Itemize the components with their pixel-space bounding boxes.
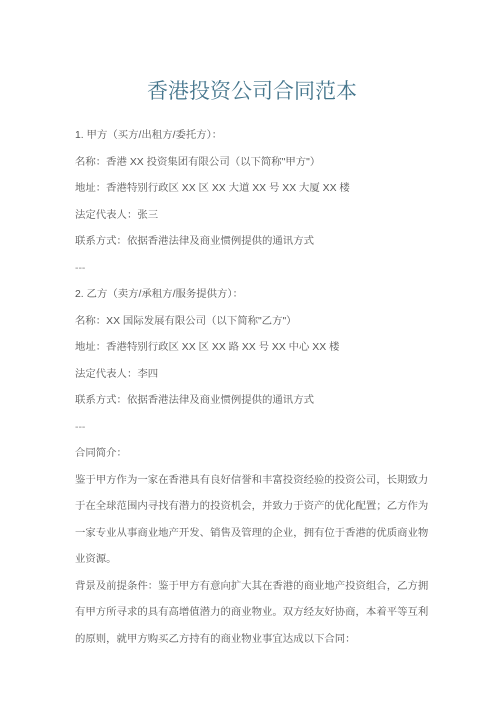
party-b-address: 地址：香港特别行政区 XX 区 XX 路 XX 号 XX 中心 XX 楼 — [75, 335, 429, 362]
party-b-heading: 2. 乙方（卖方/承租方/服务提供方）： — [75, 282, 429, 309]
party-a-contact: 联系方式：依据香港法律及商业惯例提供的通讯方式 — [75, 229, 429, 256]
party-a-address: 地址：香港特别行政区 XX 区 XX 大道 XX 号 XX 大厦 XX 楼 — [75, 176, 429, 203]
party-a-name: 名称：香港 XX 投资集团有限公司（以下简称"甲方"） — [75, 150, 429, 177]
contract-intro-heading: 合同简介： — [75, 441, 429, 468]
party-a-legal-representative: 法定代表人：张三 — [75, 203, 429, 230]
section-separator-dashes: --- — [75, 256, 429, 283]
section-separator-dashes: --- — [75, 415, 429, 442]
contract-document-page: 香港投资公司合同范本 1. 甲方（买方/出租方/委托方）： 名称：香港 XX 投… — [0, 0, 500, 707]
party-b-contact: 联系方式：依据香港法律及商业惯例提供的通讯方式 — [75, 388, 429, 415]
party-a-heading: 1. 甲方（买方/出租方/委托方）： — [75, 123, 429, 150]
party-b-name: 名称：XX 国际发展有限公司（以下简称"乙方"） — [75, 309, 429, 336]
document-title: 香港投资公司合同范本 — [75, 76, 429, 107]
background-conditions-paragraph: 背景及前提条件：鉴于甲方有意向扩大其在香港的商业地产投资组合，乙方拥有甲方所寻求… — [75, 574, 429, 654]
contract-intro-paragraph: 鉴于甲方作为一家在香港具有良好信誉和丰富投资经验的投资公司，长期致力于在全球范围… — [75, 468, 429, 574]
party-b-legal-representative: 法定代表人：李四 — [75, 362, 429, 389]
